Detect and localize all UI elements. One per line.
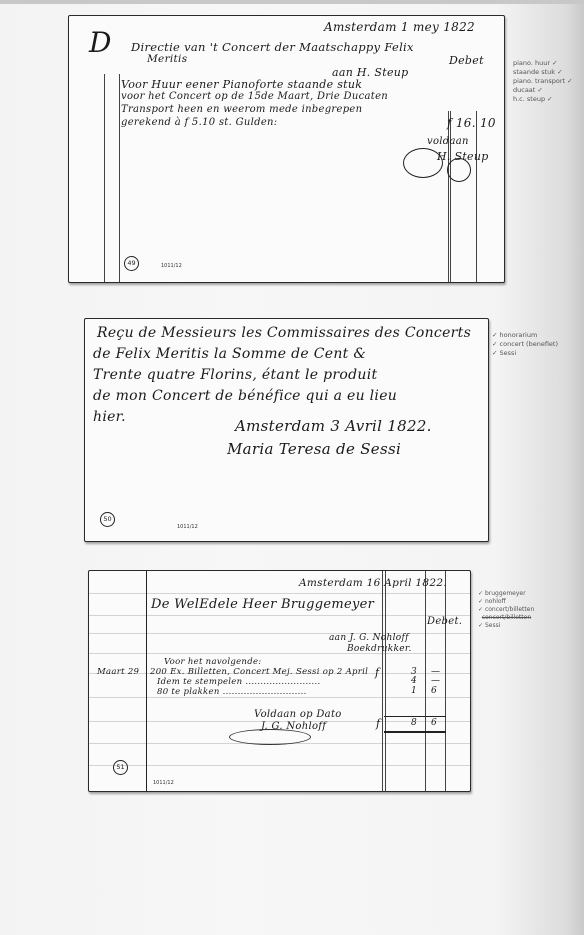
creditor-name: aan J. G. Nohloff xyxy=(329,633,409,643)
archive-reference: 1011/12 xyxy=(153,780,174,786)
archive-reference: 1011/12 xyxy=(161,263,182,269)
check-icon: ✓ xyxy=(492,340,497,348)
annotation-line: ✓ concert (benefiet) xyxy=(492,340,558,349)
date-column-rule xyxy=(146,571,147,791)
text-line: Reçu de Messieurs les Commissaires des C… xyxy=(97,325,471,341)
text-line: Meritis xyxy=(147,53,187,65)
annotation-line: staande stuk ✓ xyxy=(513,68,573,77)
text-line: de Felix Meritis la Somme de Cent & xyxy=(93,346,366,362)
annotation-line: piano. huur ✓ xyxy=(513,59,573,68)
archive-reference: 1011/12 xyxy=(177,524,198,530)
total-rule-bottom xyxy=(384,731,446,733)
signature: Maria Teresa de Sessi xyxy=(227,440,401,458)
row-stuivers: 6 xyxy=(431,686,437,696)
signature-flourish xyxy=(447,158,471,182)
total-stuivers: 6 xyxy=(431,718,437,728)
currency-column-rule xyxy=(382,571,383,791)
check-icon: ✓ xyxy=(547,95,552,103)
document-date: Amsterdam 3 Avril 1822. xyxy=(235,417,432,435)
annotation-notes: ✓ honorarium ✓ concert (benefiet) ✓ Sess… xyxy=(492,331,558,358)
amount-column-rule xyxy=(476,111,477,282)
text-line: voor het Concert op de 15de Maart, Drie … xyxy=(121,91,388,102)
check-icon: ✓ xyxy=(492,331,497,339)
annotation-line: ✓ concert/billetten xyxy=(478,606,534,614)
paid-note: Voldaan op Dato xyxy=(254,709,342,720)
annotation-line: ✓ nohloff xyxy=(478,598,534,606)
scan-top-edge xyxy=(0,0,584,4)
paid-note: voldaan xyxy=(427,136,469,147)
total-currency: f xyxy=(376,717,380,730)
text-line: Directie van 't Concert der Maatschappy … xyxy=(131,40,414,54)
intro-text: Voor het navolgende: xyxy=(164,657,261,667)
annotation-line: ✓ Sessi xyxy=(492,349,558,358)
page-number-badge: 51 xyxy=(113,760,128,775)
row-description: 200 Ex. Billetten, Concert Mej. Sessi op… xyxy=(150,667,368,677)
stuivers-column-rule xyxy=(445,571,446,791)
text-line: gerekend à f 5.10 st. Gulden: xyxy=(121,117,277,128)
text-line: de mon Concert de bénéfice qui a eu lieu xyxy=(93,388,397,404)
text-line: Voor Huur eener Pianoforte staande stuk xyxy=(121,78,362,91)
debet-label: Debet xyxy=(449,54,484,67)
invoice-steup: Amsterdam 1 mey 1822 D Directie van 't C… xyxy=(68,15,505,283)
margin-rule xyxy=(104,74,105,282)
check-icon: ✓ xyxy=(537,86,542,94)
annotation-notes: ✓ bruggemeyer ✓ nohloff ✓ concert/billet… xyxy=(478,590,534,630)
amount: f 16. 10 xyxy=(447,116,496,130)
row-guilders: 1 xyxy=(411,686,417,696)
annotation-line: ✓ honorarium xyxy=(492,331,558,340)
check-icon: ✓ xyxy=(492,349,497,357)
margin-rule xyxy=(119,74,120,282)
invoice-nohloff: Amsterdam 16 April 1822. De WelEdele Hee… xyxy=(88,570,471,792)
annotation-line: ducaat ✓ xyxy=(513,86,573,95)
row-description: 80 te plakken ..........................… xyxy=(157,687,307,697)
signature-flourish xyxy=(229,729,311,745)
decorative-initial: D xyxy=(89,26,112,59)
annotation-line: h.c. steup ✓ xyxy=(513,95,573,104)
row-stuivers: — xyxy=(431,676,440,686)
document-date: Amsterdam 16 April 1822. xyxy=(299,577,447,589)
total-guilders: 8 xyxy=(411,718,417,728)
check-icon: ✓ xyxy=(478,598,483,605)
document-date: Amsterdam 1 mey 1822 xyxy=(324,20,475,34)
check-icon: ✓ xyxy=(478,606,483,613)
row-description: Idem te stempelen ......................… xyxy=(157,677,320,687)
signature-flourish xyxy=(403,148,443,178)
text-line: hier. xyxy=(93,409,126,425)
annotation-line: concert/billetten xyxy=(478,614,534,622)
row-date: Maart 29 xyxy=(97,667,139,677)
currency-column-rule xyxy=(385,571,386,791)
annotation-line: piano. transport ✓ xyxy=(513,77,573,86)
check-icon: ✓ xyxy=(567,77,572,85)
total-rule-top xyxy=(384,716,446,717)
check-icon: ✓ xyxy=(557,68,562,76)
addressee: De WelEdele Heer Bruggemeyer xyxy=(151,597,374,612)
creditor-trade: Boekdrukker. xyxy=(347,644,412,654)
annotation-line: ✓ Sessi xyxy=(478,622,534,630)
receipt-sessi: Reçu de Messieurs les Commissaires des C… xyxy=(84,318,489,542)
annotation-line: ✓ bruggemeyer xyxy=(478,590,534,598)
row-guilders: 4 xyxy=(411,676,417,686)
text-line: Trente quatre Florins, étant le produit xyxy=(93,367,377,383)
guilders-column-rule xyxy=(425,571,426,791)
check-icon: ✓ xyxy=(478,622,483,629)
row-currency: f xyxy=(375,666,379,679)
text-line: Transport heen en weerom mede inbegrepen xyxy=(121,104,362,115)
page-number-badge: 49 xyxy=(124,256,139,271)
check-icon: ✓ xyxy=(552,59,557,67)
check-icon: ✓ xyxy=(478,590,483,597)
debet-label: Debet. xyxy=(427,616,462,627)
page-number-badge: 50 xyxy=(100,512,115,527)
annotation-notes: piano. huur ✓ staande stuk ✓ piano. tran… xyxy=(513,59,573,104)
